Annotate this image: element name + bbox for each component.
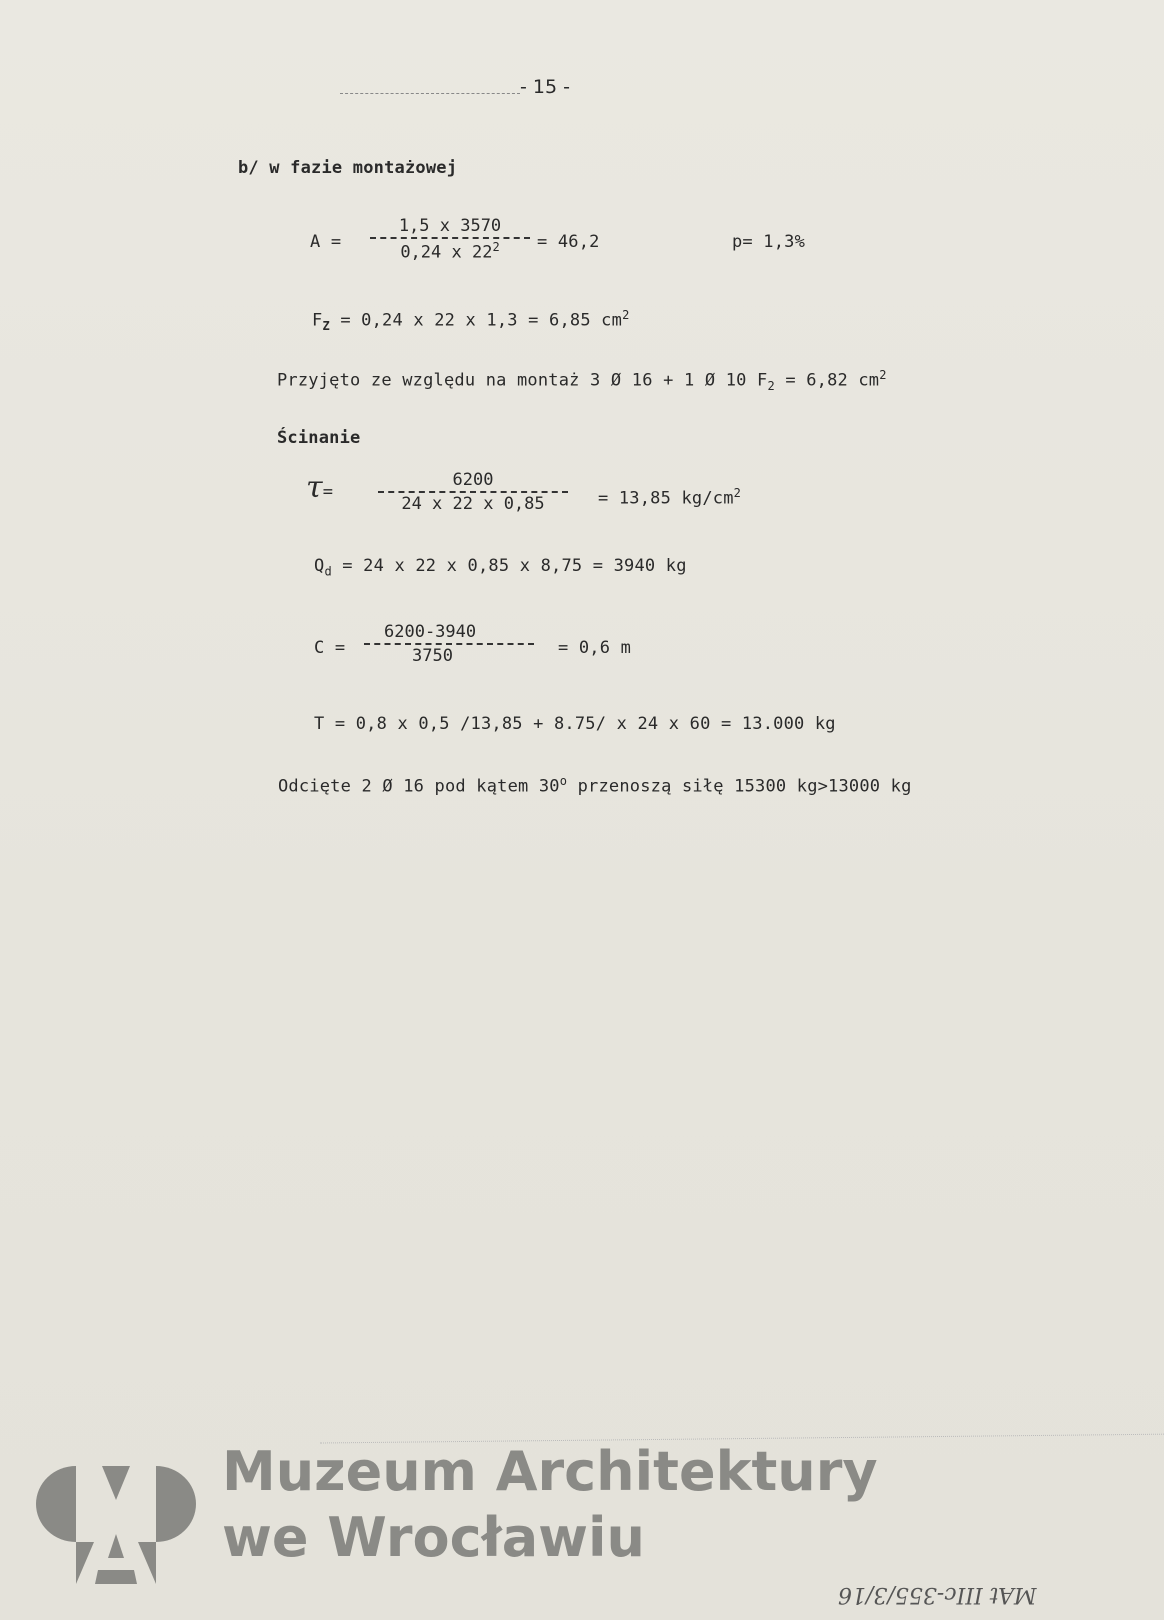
fz-sub: Z (322, 319, 329, 333)
conclusion-rest: przenoszą siłę 15300 kg>13000 kg (567, 777, 911, 797)
formula-fz: FZ = 0,24 x 22 x 1,3 = 6,85 cm2 (312, 308, 630, 333)
formula-a-result: = 46,2 (537, 232, 600, 252)
formula-a-denominator: 0,24 x 222 (370, 240, 530, 263)
museum-name-line1: Muzeum Architektury (222, 1440, 878, 1503)
document-page: - 15 - b/ w fazie montażowej A = 1,5 x 3… (0, 0, 1164, 1620)
formula-qd: Qd = 24 x 22 x 0,85 x 8,75 = 3940 kg (314, 556, 687, 578)
formula-a-den-text: 0,24 x 22 (400, 243, 492, 263)
page-number-rule (340, 93, 520, 94)
adopted-sub: 2 (767, 379, 774, 393)
fz-lhs: F (312, 311, 322, 331)
qd-expr: = 24 x 22 x 0,85 x 8,75 = 3940 kg (332, 556, 687, 576)
c-denominator: 3750 (364, 646, 534, 666)
tau-eq: = (323, 482, 333, 502)
shear-heading: Ścinanie (277, 428, 360, 448)
page-number: - 15 - (520, 76, 570, 98)
fz-expr: = 0,24 x 22 x 1,3 = 6,85 cm (340, 311, 622, 331)
formula-t: T = 0,8 x 0,5 /13,85 + 8.75/ x 24 x 60 =… (314, 714, 836, 734)
tau-symbol: τ (306, 470, 323, 505)
section-heading: b/ w fazie montażowej (238, 158, 457, 178)
formula-c-fraction: 6200-3940 3750 (364, 622, 534, 666)
fz-exp: 2 (622, 308, 629, 322)
qd-lhs: Q (314, 556, 324, 576)
handwritten-archive-number: MAt IIIc-355/3/16 (838, 1582, 1037, 1607)
ma-logo-icon (36, 1452, 196, 1584)
formula-a-fraction: 1,5 x 3570 0,24 x 222 (370, 216, 530, 263)
formula-tau-fraction: 6200 24 x 22 x 0,85 (378, 470, 568, 514)
formula-c-result: = 0,6 m (558, 638, 631, 658)
qd-sub: d (324, 564, 331, 578)
formula-tau-result: = 13,85 kg/cm2 (598, 486, 741, 509)
tau-result: = 13,85 kg/cm (598, 489, 734, 509)
formula-c-lhs: C = (314, 638, 345, 658)
tau-denominator: 24 x 22 x 0,85 (378, 494, 568, 514)
formula-a-den-exp: 2 (492, 240, 499, 254)
tau-exp: 2 (734, 486, 741, 500)
formula-a-numerator: 1,5 x 3570 (370, 216, 530, 236)
fraction-bar (370, 237, 530, 239)
adopted-text: Przyjęto ze względu na montaż 3 Ø 16 + 1… (277, 371, 767, 391)
adopted-exp: 2 (879, 368, 886, 382)
adopted-value: = 6,82 cm (775, 371, 879, 391)
museum-name-line2: we Wrocławiu (222, 1506, 645, 1569)
formula-tau-lhs: τ= (306, 470, 333, 505)
fraction-bar (378, 491, 568, 493)
formula-a-lhs: A = (310, 232, 341, 252)
reinforcement-ratio: p= 1,3% (732, 232, 805, 252)
c-numerator: 6200-3940 (364, 622, 534, 642)
conclusion: Odcięte 2 Ø 16 pod kątem 30o przenoszą s… (278, 774, 912, 797)
conclusion-text: Odcięte 2 Ø 16 pod kątem 30 (278, 777, 560, 797)
fraction-bar (364, 643, 534, 645)
adopted-reinforcement: Przyjęto ze względu na montaż 3 Ø 16 + 1… (277, 368, 887, 393)
tau-numerator: 6200 (378, 470, 568, 490)
